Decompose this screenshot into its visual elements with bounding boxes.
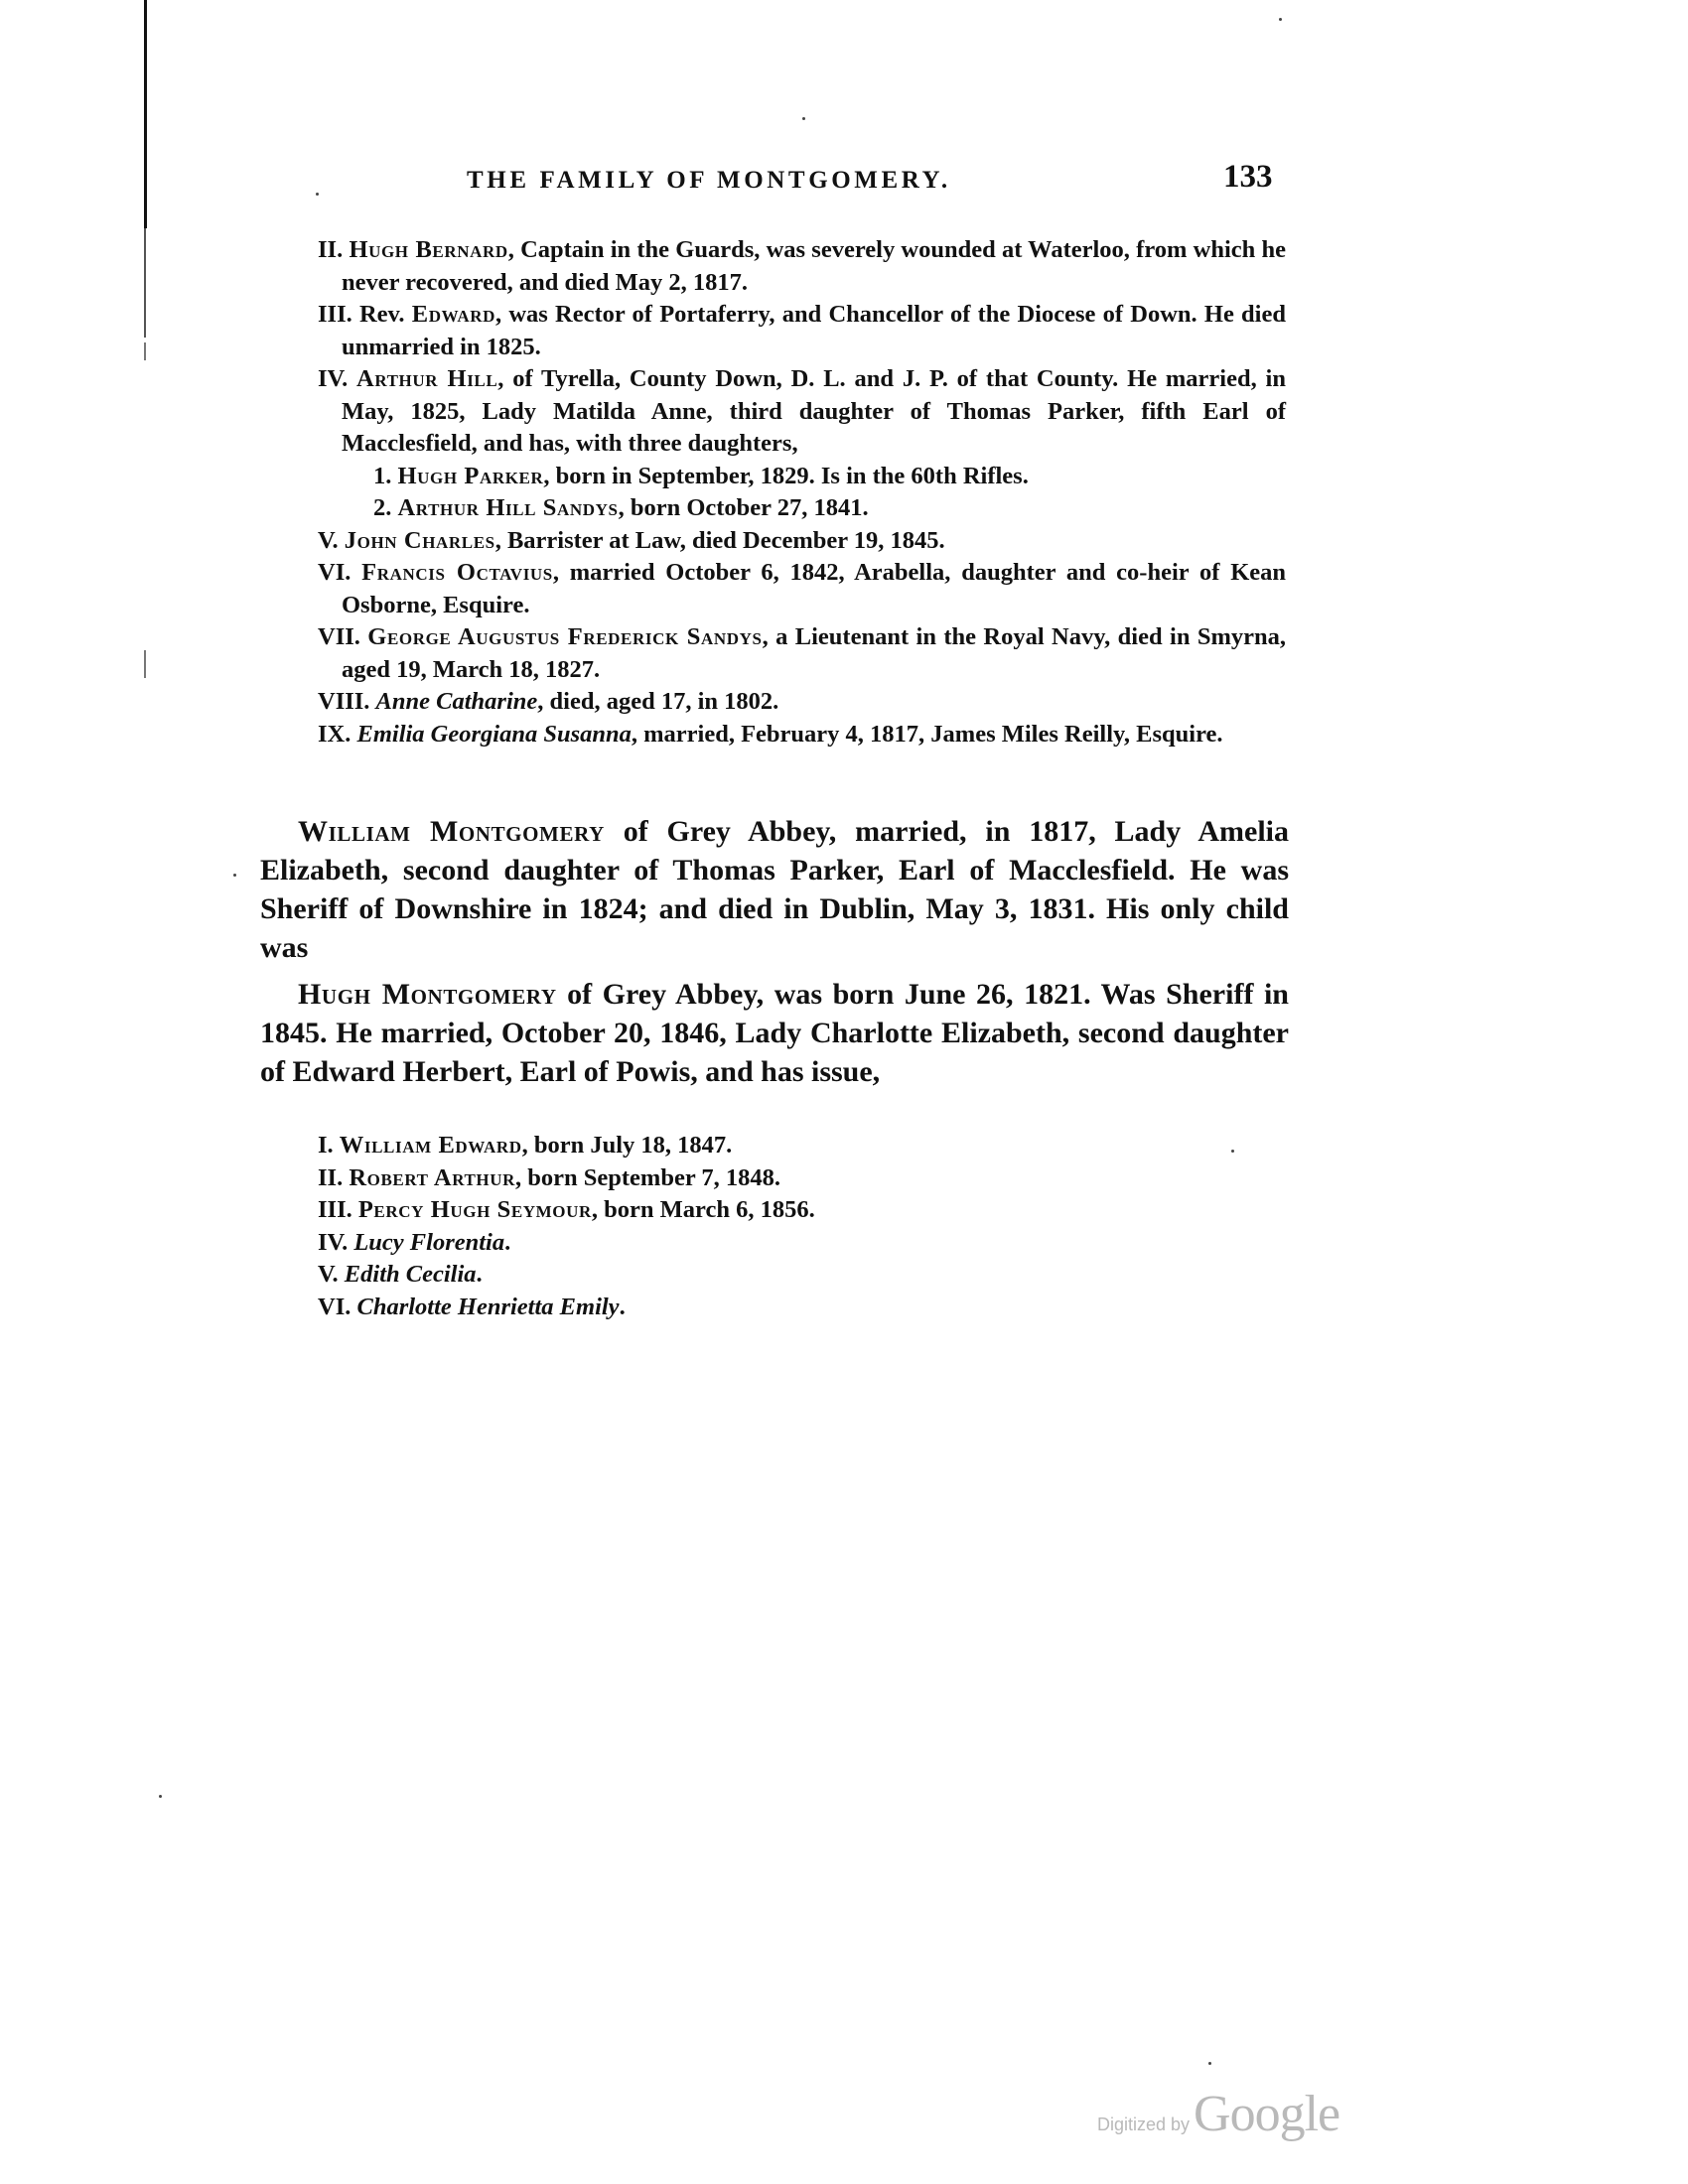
scan-speck <box>1231 1150 1234 1153</box>
item-text: , married, February 4, 1817, James Miles… <box>632 721 1223 748</box>
item-numeral: VII. <box>318 623 360 650</box>
scan-speck <box>233 874 236 877</box>
issue-list: I. William Edward, born July 18, 1847. I… <box>318 1130 1072 1323</box>
list-item: III. Percy Hugh Seymour, born March 6, 1… <box>318 1194 1072 1227</box>
person-name: Charlotte Henrietta Emily <box>356 1294 619 1320</box>
person-name: William Edward <box>340 1132 522 1159</box>
item-numeral: IV. <box>318 365 348 392</box>
item-text: . <box>504 1229 510 1256</box>
paragraph-hugh-montgomery: Hugh Montgomery of Grey Abbey, was born … <box>260 975 1289 1091</box>
binding-mark <box>144 342 146 360</box>
scan-speck <box>1279 18 1282 21</box>
item-numeral: V. <box>318 527 339 554</box>
person-name: Hugh Montgomery <box>298 978 557 1011</box>
binding-edge-faded <box>144 228 146 338</box>
item-numeral: II. <box>318 236 343 263</box>
person-name: Robert Arthur <box>349 1164 515 1191</box>
watermark-prefix: Digitized by <box>1097 2115 1190 2135</box>
person-name: Hugh Bernard <box>349 236 507 263</box>
item-numeral: 2. <box>373 494 391 521</box>
digitized-by-google-watermark: Digitized by Google <box>1097 2085 1339 2143</box>
binding-mark <box>144 650 146 678</box>
item-prefix: Rev. <box>359 301 412 328</box>
person-name: Anne Catharine <box>376 688 538 715</box>
list-item: IX. Emilia Georgiana Susanna, married, F… <box>318 719 1286 751</box>
item-numeral: VI. <box>318 559 351 586</box>
scan-speck <box>159 1795 162 1798</box>
item-numeral: III. <box>318 1196 352 1223</box>
item-text: , born in September, 1829. Is in the 60t… <box>543 463 1028 489</box>
list-item: V. Edith Cecilia. <box>318 1259 1072 1292</box>
body-paragraphs: William Montgomery of Grey Abbey, marrie… <box>260 812 1289 1099</box>
scan-speck <box>1208 2062 1211 2065</box>
list-item: IV. Lucy Florentia. <box>318 1227 1072 1260</box>
item-text: , born October 27, 1841. <box>619 494 869 521</box>
paragraph-william-montgomery: William Montgomery of Grey Abbey, marrie… <box>260 812 1289 967</box>
item-text: , Barrister at Law, died December 19, 18… <box>495 527 945 554</box>
item-text: , born March 6, 1856. <box>592 1196 815 1223</box>
person-name: George Augustus Frederick Sandys <box>367 623 762 650</box>
binding-edge <box>144 0 147 228</box>
list-item: III. Rev. Edward, was Rector of Portafer… <box>318 299 1286 363</box>
item-numeral: II. <box>318 1164 343 1191</box>
item-text: . <box>620 1294 626 1320</box>
item-text: . <box>477 1261 483 1288</box>
list-item: II. Robert Arthur, born September 7, 184… <box>318 1162 1072 1195</box>
list-item: I. William Edward, born July 18, 1847. <box>318 1130 1072 1162</box>
scan-speck <box>316 193 319 196</box>
person-name: John Charles <box>345 527 495 554</box>
list-item: V. John Charles, Barrister at Law, died … <box>318 525 1286 558</box>
sons-list: II. Hugh Bernard, Captain in the Guards,… <box>318 234 1286 751</box>
list-item: II. Hugh Bernard, Captain in the Guards,… <box>318 234 1286 299</box>
person-name: Edith Cecilia <box>345 1261 477 1288</box>
person-name: Percy Hugh Seymour <box>358 1196 592 1223</box>
item-text: , died, aged 17, in 1802. <box>537 688 778 715</box>
page-number: 133 <box>1223 159 1273 196</box>
item-numeral: V. <box>318 1261 339 1288</box>
person-name: Emilia Georgiana Susanna <box>356 721 631 748</box>
list-item: VI. Francis Octavius, married October 6,… <box>318 557 1286 621</box>
list-item: VII. George Augustus Frederick Sandys, a… <box>318 621 1286 686</box>
scan-speck <box>802 117 805 120</box>
person-name: Hugh Parker <box>398 463 544 489</box>
person-name: Francis Octavius <box>361 559 553 586</box>
person-name: Edward <box>412 301 495 328</box>
list-item: VIII. Anne Catharine, died, aged 17, in … <box>318 686 1286 719</box>
item-numeral: 1. <box>373 463 391 489</box>
item-numeral: IV. <box>318 1229 348 1256</box>
list-item-sub: 1. Hugh Parker, born in September, 1829.… <box>318 461 1286 493</box>
list-item: VI. Charlotte Henrietta Emily. <box>318 1292 1072 1324</box>
person-name: Arthur Hill <box>356 365 497 392</box>
item-numeral: I. <box>318 1132 334 1159</box>
running-head: The Family of Montgomery. <box>467 167 951 195</box>
person-name: William Montgomery <box>298 815 605 848</box>
item-text: , born September 7, 1848. <box>515 1164 780 1191</box>
person-name: Lucy Florentia <box>353 1229 504 1256</box>
item-text: , born July 18, 1847. <box>522 1132 733 1159</box>
google-logo-text: Google <box>1194 2085 1339 2143</box>
item-numeral: III. <box>318 301 352 328</box>
person-name: Arthur Hill Sandys <box>398 494 619 521</box>
item-numeral: VIII. <box>318 688 369 715</box>
item-numeral: VI. <box>318 1294 351 1320</box>
list-item: IV. Arthur Hill, of Tyrella, County Down… <box>318 363 1286 461</box>
item-numeral: IX. <box>318 721 351 748</box>
list-item-sub: 2. Arthur Hill Sandys, born October 27, … <box>318 492 1286 525</box>
